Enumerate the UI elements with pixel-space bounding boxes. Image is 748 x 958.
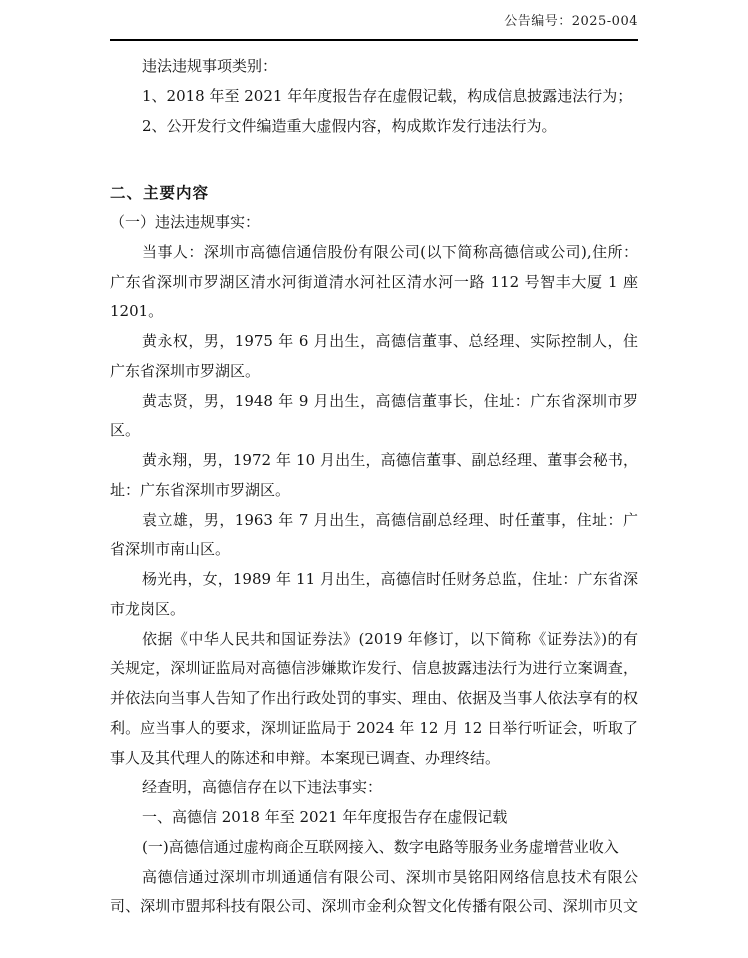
- fact-heading-1: 一、高德信 2018 年至 2021 年年度报告存在虚假记载: [110, 803, 638, 833]
- doc-line: 并依法向当事人告知了作出行政处罚的事实、理由、依据及当事人依法享有的权: [110, 684, 638, 714]
- document-body: 违法违规事项类别： 1、2018 年至 2021 年年度报告存在虚假记载，构成信…: [110, 52, 638, 922]
- doc-line: 区。: [110, 416, 638, 446]
- violation-item-2: 2、公开发行文件编造重大虚假内容，构成欺诈发行违法行为。: [110, 112, 638, 142]
- doc-line: 省深圳市南山区。: [110, 535, 638, 565]
- doc-line: 利。应当事人的要求，深圳证监局于 2024 年 12 月 12 日举行听证会，听…: [110, 714, 638, 744]
- doc-line: 关规定，深圳证监局对高德信涉嫌欺诈发行、信息披露违法行为进行立案调查，: [110, 654, 638, 684]
- doc-line: 当事人：深圳市高德信通信股份有限公司(以下简称高德信或公司),住所：: [110, 238, 638, 268]
- document-page: { "header": { "doc_number": "公告编号：2025-0…: [0, 0, 748, 958]
- subsection-heading-facts: （一）违法违规事实：: [110, 208, 638, 238]
- section-heading-main-content: 二、主要内容: [110, 178, 638, 208]
- announcement-number: 公告编号：2025-004: [504, 13, 638, 30]
- doc-line: 袁立雄，男，1963 年 7 月出生，高德信副总经理、时任董事，住址：广东: [110, 506, 638, 536]
- doc-line: 依据《中华人民共和国证券法》(2019 年修订，以下简称《证券法》)的有: [110, 625, 638, 655]
- doc-line: 黄永翔，男，1972 年 10 月出生，高德信董事、副总经理、董事会秘书，住: [110, 446, 638, 476]
- doc-line: 黄志贤，男，1948 年 9 月出生，高德信董事长，住址：广东省深圳市罗湖: [110, 387, 638, 417]
- doc-line: 黄永权，男，1975 年 6 月出生，高德信董事、总经理、实际控制人，住址：: [110, 327, 638, 357]
- violation-item-1: 1、2018 年至 2021 年年度报告存在虚假记载，构成信息披露违法行为；: [110, 82, 638, 112]
- doc-line: 司、深圳市盟邦科技有限公司、深圳市金利众智文化传播有限公司、深圳市贝文: [110, 892, 638, 922]
- violation-category-title: 违法违规事项类别：: [110, 52, 638, 82]
- fact-subheading-1: (一)高德信通过虚构商企互联网接入、数字电路等服务业务虚增营业收入: [110, 833, 638, 863]
- doc-line: 广东省深圳市罗湖区清水河街道清水河社区清水河一路 112 号智丰大厦 1 座: [110, 268, 638, 298]
- doc-line: 高德信通过深圳市圳通通信有限公司、深圳市昊铭阳网络信息技术有限公: [110, 863, 638, 893]
- header-divider-rule: [110, 39, 638, 41]
- doc-line: 广东省深圳市罗湖区。: [110, 357, 638, 387]
- doc-line: 址：广东省深圳市罗湖区。: [110, 476, 638, 506]
- doc-line: 1201。: [110, 297, 638, 327]
- doc-line: 市龙岗区。: [110, 595, 638, 625]
- doc-line: 事人及其代理人的陈述和申辩。本案现已调查、办理终结。: [110, 744, 638, 774]
- doc-line: 经查明，高德信存在以下违法事实：: [110, 773, 638, 803]
- doc-line: 杨光冉，女，1989 年 11 月出生，高德信时任财务总监，住址：广东省深圳: [110, 565, 638, 595]
